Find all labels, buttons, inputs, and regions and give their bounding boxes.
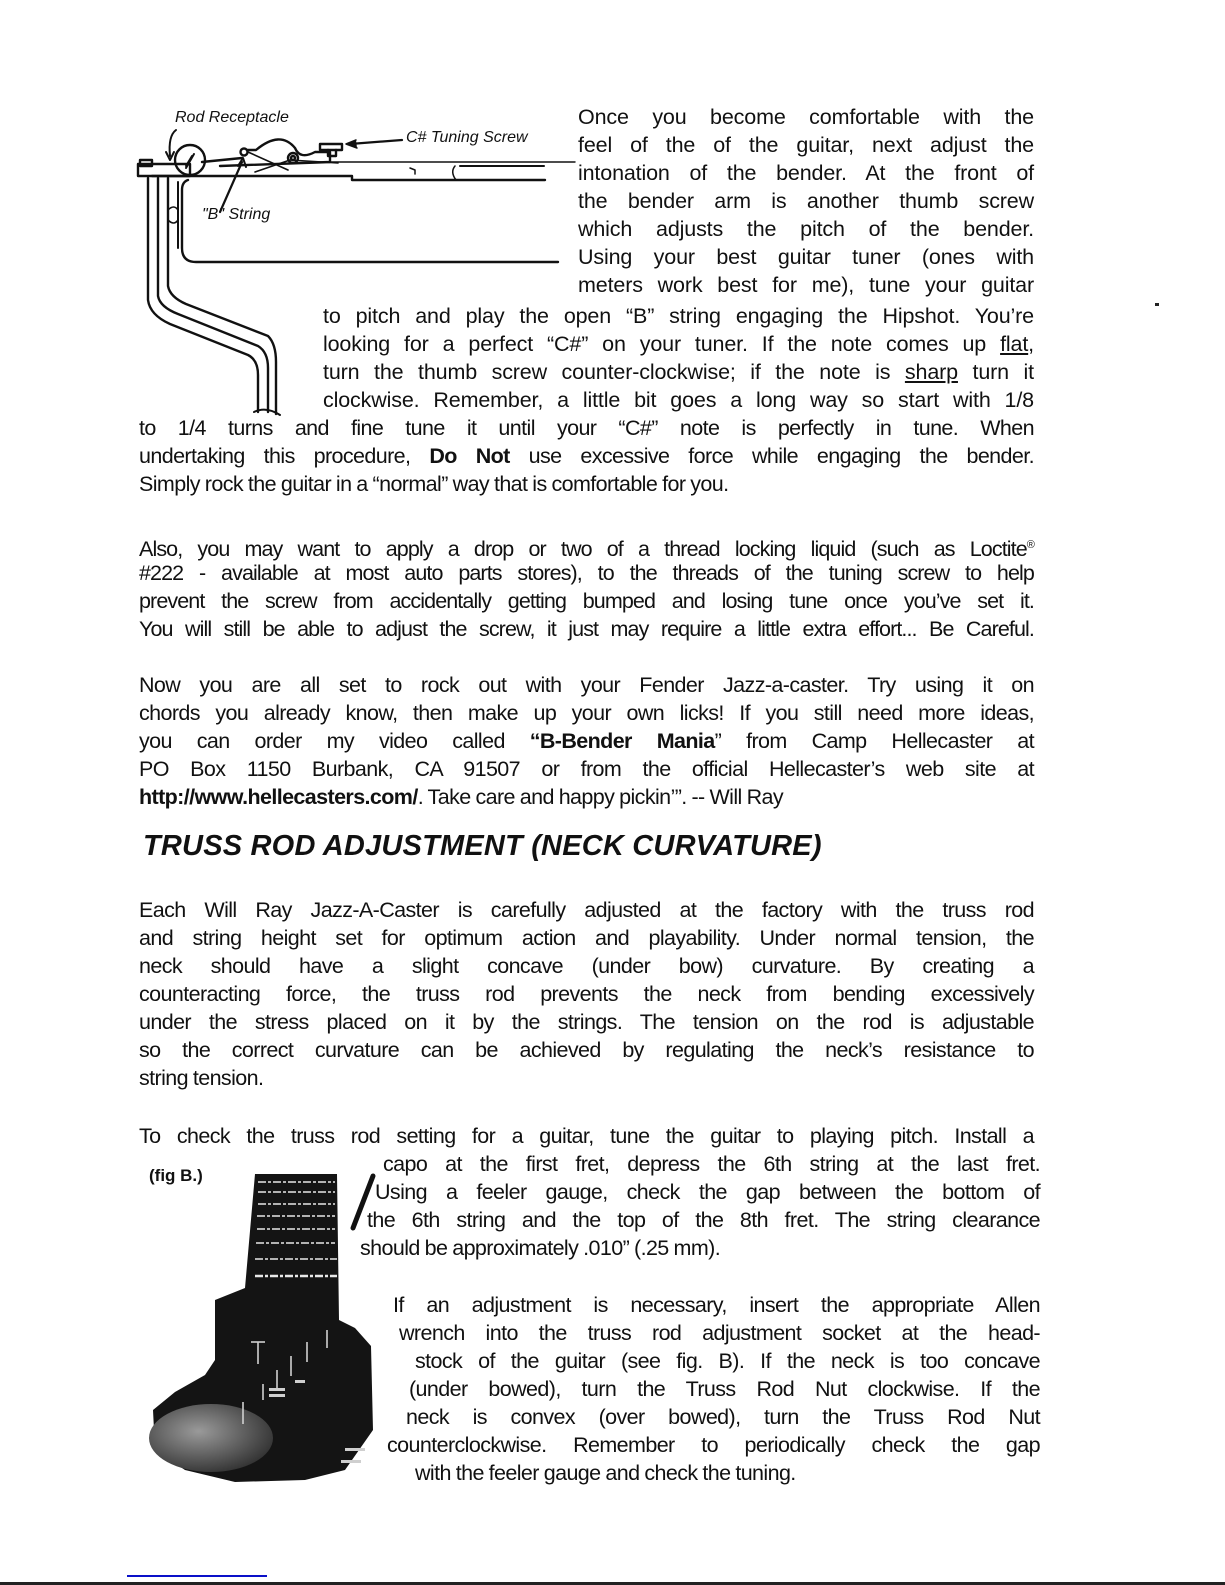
text-line: neck should have a slight concave (under…	[139, 952, 1034, 980]
sharp-emphasis: sharp	[905, 360, 958, 384]
text-line: #222 - available at most auto parts stor…	[139, 559, 1034, 587]
text-line: (under bowed), turn the Truss Rod Nut cl…	[360, 1375, 1040, 1403]
text-line: If an adjustment is necessary, insert th…	[360, 1291, 1040, 1319]
manual-page: Rod Receptacle C# Tuning Screw "B" Strin…	[0, 0, 1225, 1585]
text-line: counteracting force, the truss rod preve…	[139, 980, 1034, 1008]
label-rod-receptacle: Rod Receptacle	[175, 109, 289, 127]
check-paragraph-wrap: capo at the first fret, depress the 6th …	[360, 1150, 1040, 1262]
text-line: undertaking this procedure, Do Not use e…	[139, 442, 1034, 470]
closing-paragraph: Now you are all set to rock out with you…	[139, 671, 1034, 811]
text-line: Now you are all set to rock out with you…	[139, 671, 1034, 699]
truss-paragraph: Each Will Ray Jazz-A-Caster is carefully…	[139, 896, 1034, 1092]
text-line: PO Box 1150 Burbank, CA 91507 or from th…	[139, 755, 1034, 783]
text-line: Using your best guitar tuner (ones with	[578, 243, 1034, 271]
text-line: turn the thumb screw counter-clockwise; …	[323, 358, 1034, 386]
headstock-figure	[145, 1170, 385, 1510]
text-line: Also, you may want to apply a drop or tw…	[139, 531, 1034, 559]
text-line: Once you become comfortable with the	[578, 103, 1034, 131]
text-line: meters work best for me), tune your guit…	[578, 271, 1034, 299]
text-line: the bender arm is another thumb screw	[578, 187, 1034, 215]
text-line: Simply rock the guitar in a “normal” way…	[139, 470, 1034, 498]
intonation-paragraph-bottom: to 1/4 turns and fine tune it until your…	[139, 414, 1034, 498]
text-line: and string height set for optimum action…	[139, 924, 1034, 952]
text-line: Each Will Ray Jazz-A-Caster is carefully…	[139, 896, 1034, 924]
text-line: neck is convex (over bowed), turn the Tr…	[360, 1403, 1040, 1431]
website-link[interactable]: http://www.hellecasters.com/	[139, 785, 418, 809]
text-line: looking for a perfect “C#” on your tuner…	[323, 330, 1034, 358]
video-title: “B-Bender Mania	[530, 729, 715, 753]
text-line: which adjusts the pitch of the bender.	[578, 215, 1034, 243]
scan-blue-line	[127, 1575, 267, 1577]
section-heading: TRUSS ROD ADJUSTMENT (NECK CURVATURE)	[143, 830, 822, 863]
text-line: with the feeler gauge and check the tuni…	[360, 1459, 1040, 1487]
text-line: feel of the of the guitar, next adjust t…	[578, 131, 1034, 159]
text-line: counterclockwise. Remember to periodical…	[360, 1431, 1040, 1459]
text-line: to 1/4 turns and fine tune it until your…	[139, 414, 1034, 442]
text-line: prevent the screw from accidentally gett…	[139, 587, 1034, 615]
scan-speck	[1155, 303, 1159, 306]
text-line: string tension.	[139, 1064, 1034, 1092]
text-line: the 6th string and the top of the 8th fr…	[360, 1206, 1040, 1234]
adjust-paragraph: If an adjustment is necessary, insert th…	[360, 1291, 1040, 1487]
text-line: so the correct curvature can be achieved…	[139, 1036, 1034, 1064]
label-b-string: "B" String	[202, 206, 270, 224]
text-line: wrench into the truss rod adjustment soc…	[360, 1319, 1040, 1347]
text-line: stock of the guitar (see fig. B). If the…	[360, 1347, 1040, 1375]
text-line: intonation of the bender. At the front o…	[578, 159, 1034, 187]
check-paragraph-first-line: To check the truss rod setting for a gui…	[139, 1122, 1034, 1150]
text-line: clockwise. Remember, a little bit goes a…	[323, 386, 1034, 414]
text-line: chords you already know, then make up yo…	[139, 699, 1034, 727]
flat-emphasis: flat	[1000, 332, 1028, 356]
text-line: http://www.hellecasters.com/. Take care …	[139, 783, 1034, 811]
text-line: under the stress placed on it by the str…	[139, 1008, 1034, 1036]
text-line: should be approximately .010” (.25 mm).	[360, 1234, 1040, 1262]
intonation-paragraph-mid: to pitch and play the open “B” string en…	[323, 302, 1034, 414]
text-line: Using a feeler gauge, check the gap betw…	[360, 1178, 1040, 1206]
intonation-paragraph-top: Once you become comfortable with the fee…	[578, 103, 1034, 299]
text-line: you can order my video called “B-Bender …	[139, 727, 1034, 755]
text-line: capo at the first fret, depress the 6th …	[360, 1150, 1040, 1178]
text-line: To check the truss rod setting for a gui…	[139, 1122, 1034, 1150]
label-tuning-screw: C# Tuning Screw	[406, 129, 528, 147]
text-line: You will still be able to adjust the scr…	[139, 615, 1034, 643]
text-line: to pitch and play the open “B” string en…	[323, 302, 1034, 330]
loctite-paragraph: Also, you may want to apply a drop or tw…	[139, 531, 1034, 643]
warning-emphasis: Do Not	[429, 444, 509, 468]
